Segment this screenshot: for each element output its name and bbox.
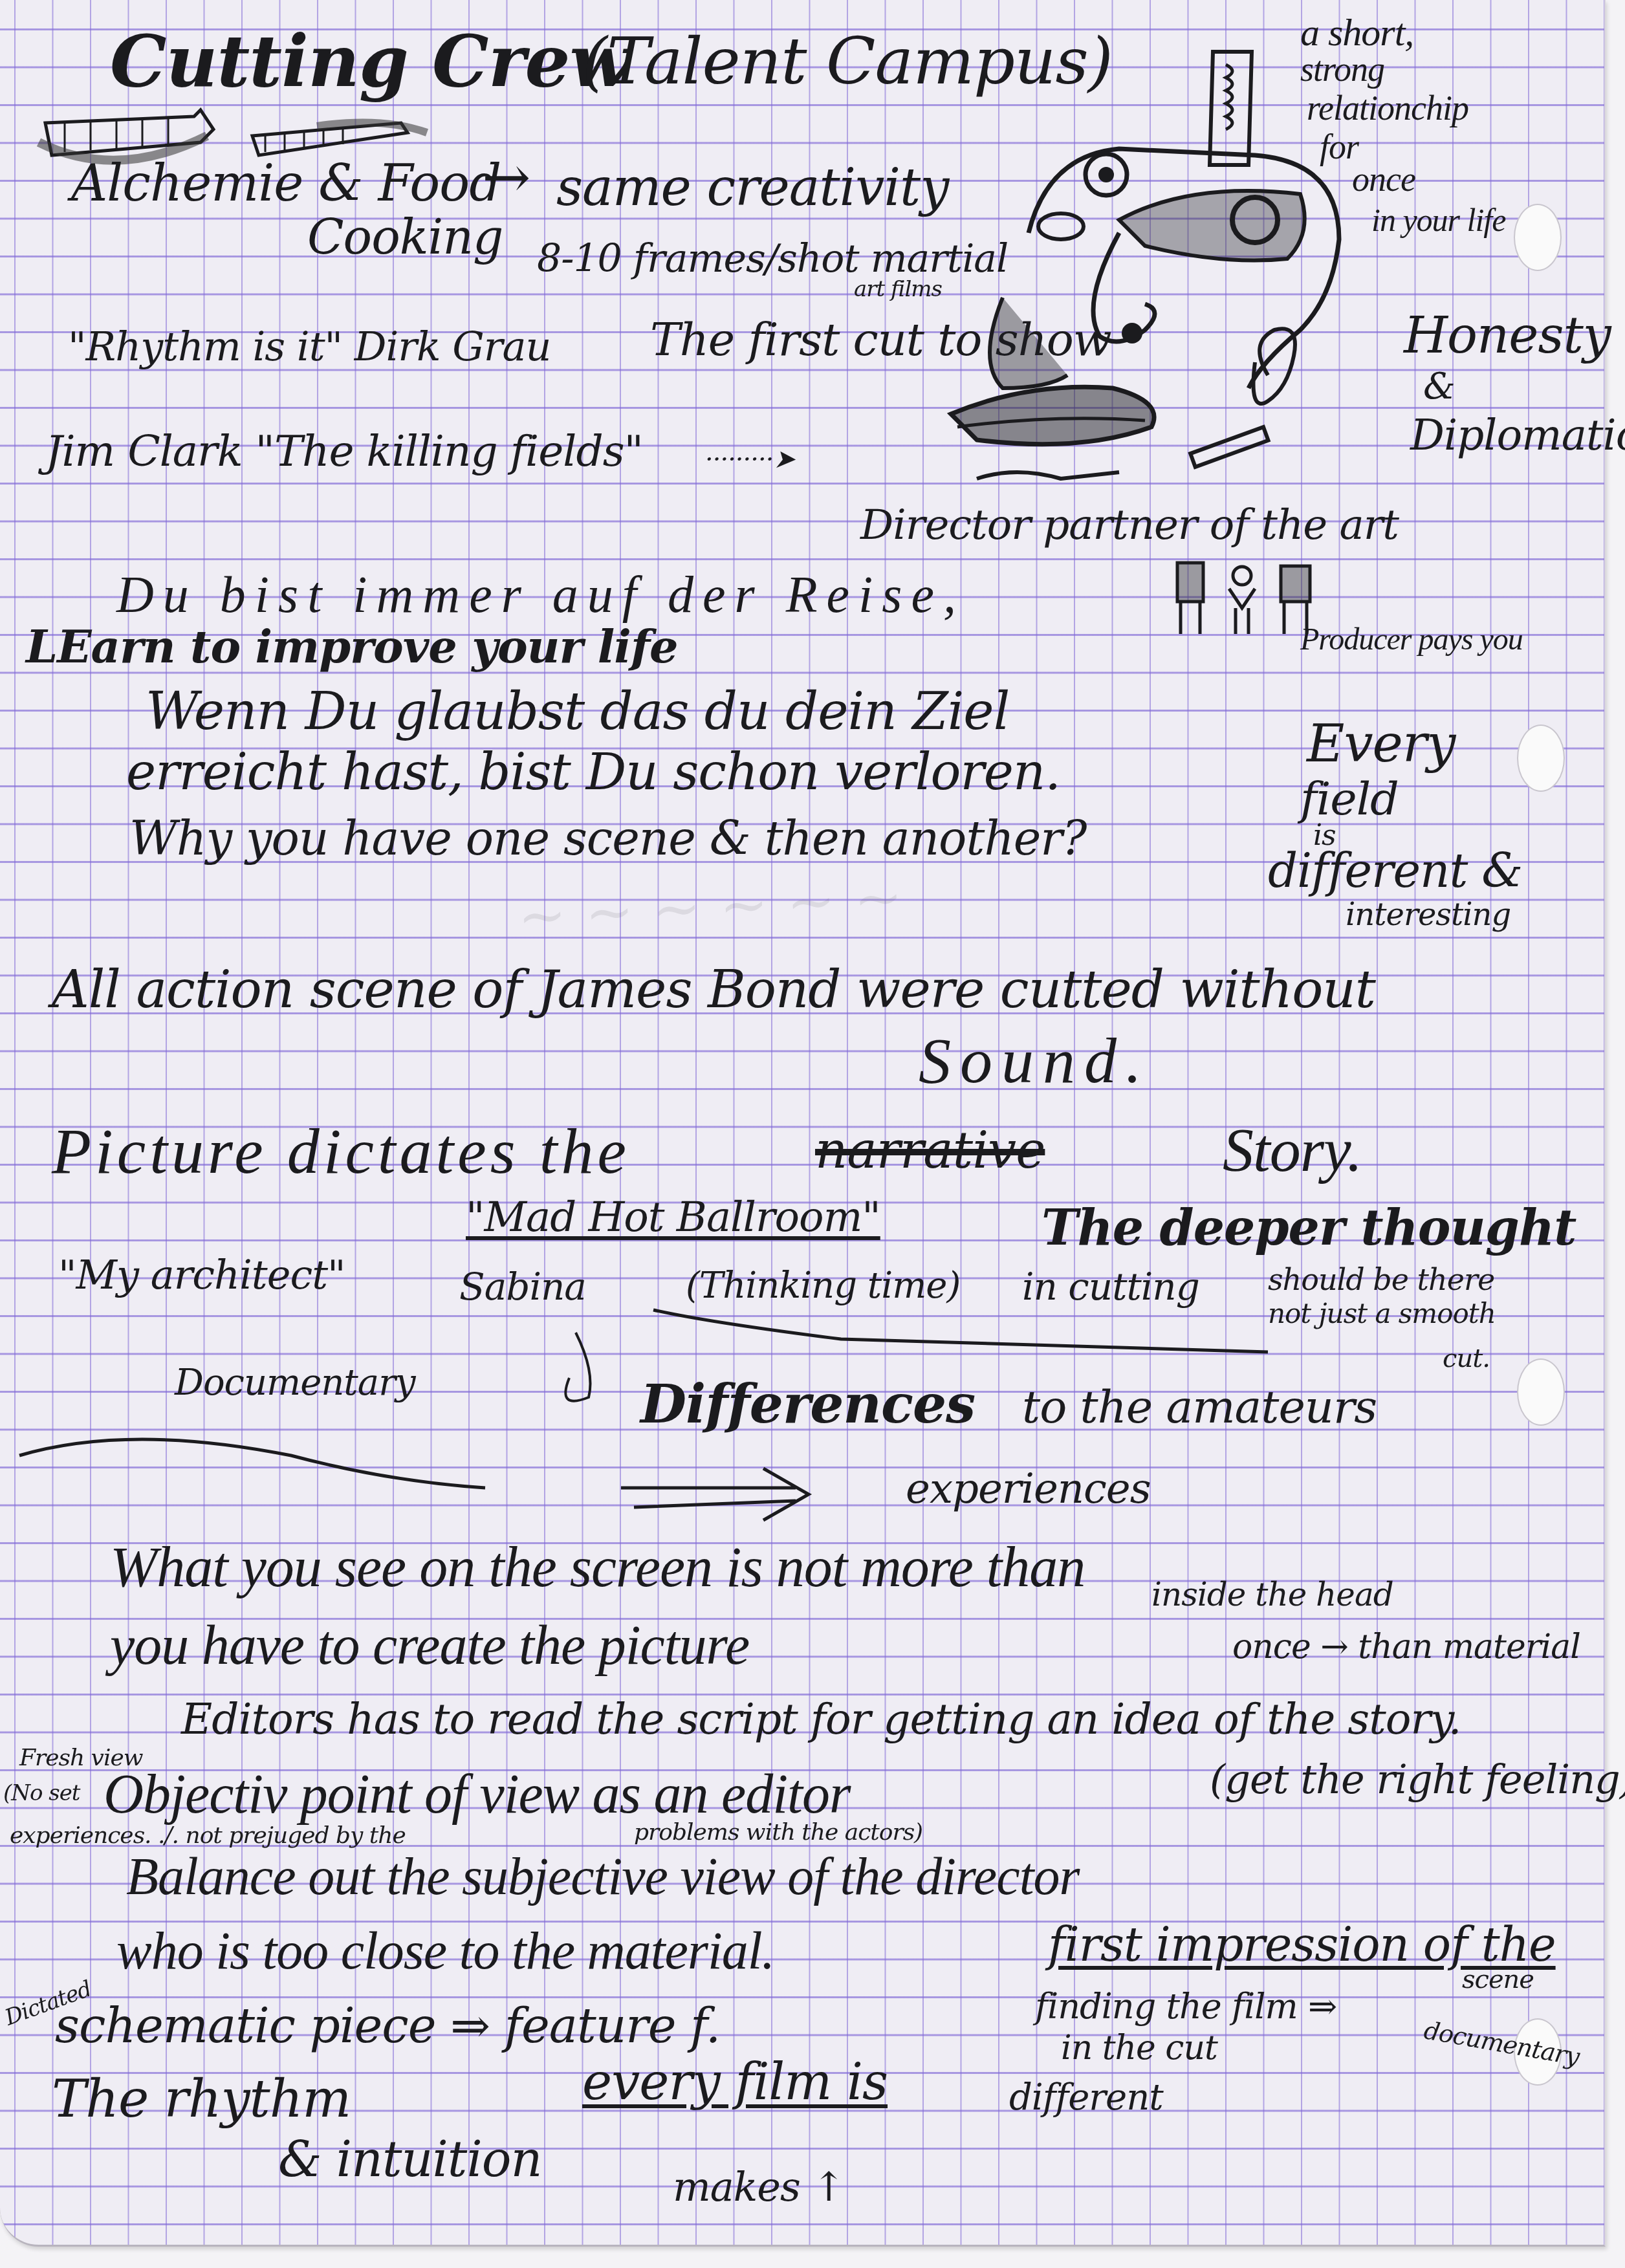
note-first-impression: first impression of the [1048,1921,1556,1968]
note-makes: makes ↑ [673,2167,845,2207]
punch-hole-top [1514,204,1562,271]
note-scene: scene [1462,1967,1534,1992]
note-producer-pays: Producer pays you [1300,624,1523,655]
note-what-you-see: What you see on the screen is not more t… [110,1540,1085,1597]
note-differences: Differences [640,1378,975,1431]
note-balance: Balance out the subjective view of the d… [126,1850,1079,1903]
note-documentary-small: documentary [1423,2018,1581,2069]
note-the-rhythm: The rhythm [52,2073,351,2125]
note-relationship-line5: once [1352,162,1415,197]
note-director-partner: Director partner of the art [860,505,1399,546]
note-frames: 8-10 frames/shot martial [537,239,1008,278]
note-relationship-line4: for [1320,129,1358,164]
note-every: Every [1307,718,1455,770]
note-why-scene: Why you have one scene & then another? [129,815,1086,862]
punch-hole-lower [1517,1358,1565,1426]
note-my-architect: "My architect" [58,1255,345,1295]
note-wenn-du: Wenn Du glaubst das du dein Ziel [146,686,1009,737]
note-du-bist: Du bist immer auf der Reise, [116,569,965,621]
note-honesty: Honesty [1404,311,1611,361]
note-finding-film: finding the film ⇒ [1035,1989,1336,2024]
note-relationship-line1: a short, [1300,13,1413,52]
page-title: Cutting Crew [110,26,630,97]
graph-paper-sheet: ~ ~ ~ ~ ~ ~ Cutting Crew (Talent Campus)… [0,0,1606,2247]
note-who-is: who is too close to the material. [116,1925,774,1978]
note-struck-word: narrative [815,1126,1045,1176]
note-relationship-line3: relationchip [1307,91,1468,125]
note-get-feeling: (get the right feeling) [1210,1760,1625,1800]
dotted-arrow: ·········➤ [705,446,794,472]
note-interesting: interesting [1346,899,1510,930]
note-experiences-small: experiences. ./. not prejuged by the [10,1824,406,1848]
note-every-film: every film is [582,2057,888,2108]
note-once-than-material: once → than material [1232,1630,1580,1664]
note-inside-head: inside the head [1151,1578,1393,1611]
punch-hole-middle [1517,725,1565,792]
note-problems-actors: problems with the actors) [634,1821,922,1844]
note-mad-hot-ballroom: "Mad Hot Ballroom" [466,1197,880,1238]
note-in-the-cut: in the cut [1061,2031,1217,2065]
arrow-icon: → [482,149,530,207]
note-documentary: Documentary [175,1365,415,1401]
bleed-through-text: ~ ~ ~ ~ ~ ~ [516,863,904,951]
note-sound: Sound. [919,1029,1151,1093]
note-intuition: & intuition [278,2135,541,2184]
note-erreicht: erreicht hast, bist Du schon verloren. [126,747,1060,798]
note-diplomatic: Diplomatic [1410,414,1625,457]
note-experiences: experiences [906,1468,1151,1510]
note-deeper-thought: The deeper thought [1042,1203,1576,1252]
note-different-and: different & [1268,847,1522,894]
note-relationship-line6: in your life [1371,204,1505,236]
note-objectiv: Objectiv point of view as an editor [104,1766,850,1822]
note-field: field [1300,776,1399,822]
note-should-be-there: should be there [1268,1265,1494,1294]
note-editors-read: Editors has to read the script for getti… [181,1698,1461,1741]
note-cooking: Cooking [307,213,503,261]
note-schematic: schematic piece ⇒ feature f. [55,2002,720,2050]
note-learn: LEarn to improve your life [26,624,678,670]
note-jim-clark: Jim Clark "The killing fields" [45,430,643,473]
note-no-set: (No set [3,1782,80,1804]
note-story: Story. [1223,1119,1362,1181]
note-relationship-line2: strong [1300,52,1384,87]
note-picture-dictates: Picture dictates the [52,1119,630,1184]
note-different: different [1009,2080,1163,2116]
note-cut: cut. [1443,1346,1490,1371]
note-not-just-smooth: not just a smooth [1268,1300,1496,1327]
note-to-the-amateurs: to the amateurs [1022,1384,1377,1430]
note-art-films: art films [854,278,942,300]
note-same-creativity: same creativity [556,162,948,213]
note-james-bond: All action scene of James Bond were cutt… [52,964,1375,1016]
note-honesty-amp: & [1423,369,1455,405]
note-alchemie: Alchemie & Food [71,158,501,209]
note-you-have-to: you have to create the picture [110,1617,749,1673]
note-rhythm-is-it: "Rhythm is it" Dirk Grau [68,327,551,367]
